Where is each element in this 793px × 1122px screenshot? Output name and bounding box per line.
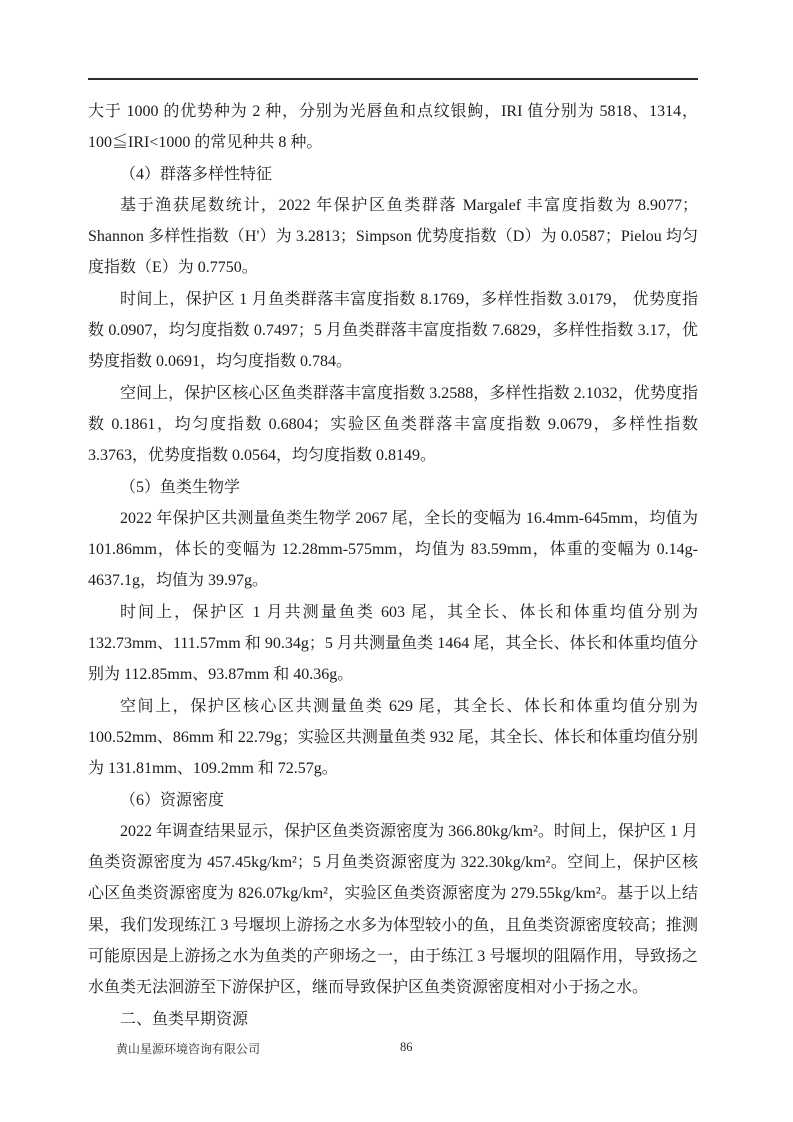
section-heading-fish-biology: （5）鱼类生物学 xyxy=(88,472,698,503)
paragraph-biology-spatial: 空间上，保护区核心区共测量鱼类 629 尾，其全长、体长和体重均值分别为 100… xyxy=(88,691,698,785)
paragraph-diversity-overall: 基于渔获尾数统计，2022 年保护区鱼类群落 Margalef 丰富度指数为 8… xyxy=(88,190,698,284)
paragraph-resource-density: 2022 年调查结果显示，保护区鱼类资源密度为 366.80kg/km²。时间上… xyxy=(88,816,698,1004)
page-footer: 黄山星源环境咨询有限公司 86 xyxy=(0,1040,793,1060)
header-divider xyxy=(88,78,698,80)
paragraph-diversity-spatial: 空间上，保护区核心区鱼类群落丰富度指数 3.2588，多样性指数 2.1032，… xyxy=(88,378,698,472)
paragraph-diversity-temporal: 时间上，保护区 1 月鱼类群落丰富度指数 8.1769，多样性指数 3.0179… xyxy=(88,284,698,378)
document-page: 大于 1000 的优势种为 2 种，分别为光唇鱼和点纹银鮈，IRI 值分别为 5… xyxy=(0,0,793,1122)
paragraph-dominant-species-continued: 大于 1000 的优势种为 2 种，分别为光唇鱼和点纹银鮈，IRI 值分别为 5… xyxy=(88,96,698,159)
paragraph-biology-temporal: 时间上，保护区 1 月共测量鱼类 603 尾，其全长、体长和体重均值分别为 13… xyxy=(88,597,698,691)
section-heading-early-fish-resources: 二、鱼类早期资源 xyxy=(88,1004,698,1035)
section-heading-resource-density: （6）资源密度 xyxy=(88,785,698,816)
document-body: 大于 1000 的优势种为 2 种，分别为光唇鱼和点纹银鮈，IRI 值分别为 5… xyxy=(88,96,698,1035)
paragraph-biology-overall: 2022 年保护区共测量鱼类生物学 2067 尾，全长的变幅为 16.4mm-6… xyxy=(88,503,698,597)
footer-page-number: 86 xyxy=(400,1040,413,1055)
section-heading-community-diversity: （4）群落多样性特征 xyxy=(88,159,698,190)
footer-company-name: 黄山星源环境咨询有限公司 xyxy=(116,1040,260,1057)
